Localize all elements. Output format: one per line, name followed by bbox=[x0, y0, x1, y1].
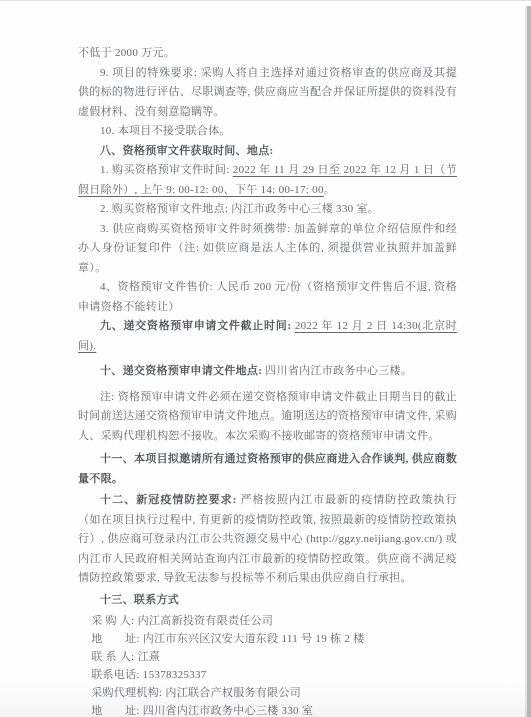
contact-agency-address-value: 四川省内江市政务中心三楼 330 室 bbox=[143, 705, 313, 717]
contact-purchaser-address: 地 址: 内江市东兴区汉安大道东段 111 号 19 栋 2 楼 bbox=[78, 630, 457, 648]
contact-person-label: 联 系 人: bbox=[91, 651, 137, 663]
paragraph-special-requirements: 9. 项目的特殊要求: 采购人将自主选择对通过资格审查的供应商及其提供的标的物进… bbox=[78, 64, 457, 123]
section12-policy-text: 严格按照内江市最新的疫情防控政策执行（如在项目执行过程中, 有更新的疫情防控政策… bbox=[78, 494, 457, 584]
contact-phone-label: 联系电话: bbox=[91, 669, 143, 681]
contact-phone: 联系电话: 15378325337 bbox=[78, 666, 457, 684]
section8-item1-prefix: 1. 购买资格预审文件时间: bbox=[100, 164, 233, 176]
contact-purchaser-address-value: 内江市东兴区汉安大道东段 111 号 19 栋 2 楼 bbox=[143, 633, 365, 645]
contact-purchaser-label: 采 购 人: bbox=[91, 615, 137, 627]
scan-top-edge bbox=[0, 0, 531, 1]
contact-agency-label: 采购代理机构: bbox=[91, 687, 165, 699]
contact-purchaser: 采 购 人: 内江高新投资有限责任公司 bbox=[78, 612, 457, 630]
section12-heading-text: 十二、新冠疫情防控要求: bbox=[100, 494, 241, 506]
contact-agency-address-label: 地 址: bbox=[91, 705, 143, 717]
section10-heading: 十、递交资格预审申请文件地点: 四川省内江市政务中心三楼。 bbox=[78, 362, 457, 382]
section9-heading-text: 九、递交资格预审申请文件截止时间: bbox=[100, 320, 295, 332]
paragraph-no-consortium: 10. 本项目不接受联合体。 bbox=[78, 122, 457, 142]
section13-heading: 十三、联系方式 bbox=[78, 591, 457, 611]
section12-paragraph: 十二、新冠疫情防控要求: 严格按照内江市最新的疫情防控政策执行（如在项目执行过程… bbox=[78, 491, 457, 589]
section8-item4: 4、资格预审文件售价: 人民币 200 元/份（资格预审文件售后不退, 资格申请… bbox=[78, 278, 457, 317]
contact-person: 联 系 人: 江熹 bbox=[78, 648, 457, 666]
document-body: 不低于 2000 万元。 9. 项目的特殊要求: 采购人将自主选择对通过资格审查… bbox=[78, 44, 457, 717]
contact-purchaser-value: 内江高新投资有限责任公司 bbox=[138, 615, 274, 627]
section8-heading: 八、资格预审文件获取时间、地点: bbox=[78, 142, 457, 162]
section10-location-text: 四川省内江市政务中心三楼。 bbox=[265, 365, 412, 377]
section9-heading: 九、递交资格预审申请文件截止时间: 2022 年 12 月 2 日 14:30(… bbox=[78, 317, 457, 356]
scan-right-edge bbox=[527, 6, 531, 717]
section8-item2: 2. 购买资格预审文件地点: 内江市政务中心三楼 330 室。 bbox=[78, 200, 457, 220]
section8-item1: 1. 购买资格预审文件时间: 2022 年 11 月 29 日至 2022 年 … bbox=[78, 161, 457, 200]
contact-info-block: 采 购 人: 内江高新投资有限责任公司 地 址: 内江市东兴区汉安大道东段 11… bbox=[78, 612, 457, 717]
section11-text: 十一、本项目拟邀请所有通过资格预审的供应商进入合作谈判, 供应商数量不限。 bbox=[78, 453, 457, 485]
contact-phone-value: 15378325337 bbox=[143, 669, 207, 681]
contact-agency-address: 地 址: 四川省内江市政务中心三楼 330 室 bbox=[78, 702, 457, 717]
contact-person-value: 江熹 bbox=[138, 651, 161, 663]
section8-item1-suffix: 。 bbox=[324, 184, 335, 196]
scanned-document-page: 不低于 2000 万元。 9. 项目的特殊要求: 采购人将自主选择对通过资格审查… bbox=[0, 0, 531, 717]
section8-item3: 3. 供应商购买资格预审文件时须携带: 加盖鲜章的单位介绍信原件和经办人身份证复… bbox=[78, 220, 457, 279]
contact-agency: 采购代理机构: 内江联合产权服务有限公司 bbox=[78, 684, 457, 702]
paragraph-amount-continuation: 不低于 2000 万元。 bbox=[78, 44, 457, 64]
section11-paragraph: 十一、本项目拟邀请所有通过资格预审的供应商进入合作谈判, 供应商数量不限。 bbox=[78, 450, 457, 489]
section10-heading-text: 十、递交资格预审申请文件地点: bbox=[100, 365, 265, 377]
contact-agency-value: 内江联合产权服务有限公司 bbox=[165, 687, 301, 699]
section10-note: 注: 资格预审申请文件必须在递交资格预审申请文件截止日期当日的截止时间前送达递交… bbox=[78, 388, 457, 447]
contact-purchaser-address-label: 地 址: bbox=[91, 633, 143, 645]
section13-heading-text: 十三、联系方式 bbox=[100, 594, 179, 606]
section8-heading-text: 八、资格预审文件获取时间、地点: bbox=[100, 145, 273, 157]
